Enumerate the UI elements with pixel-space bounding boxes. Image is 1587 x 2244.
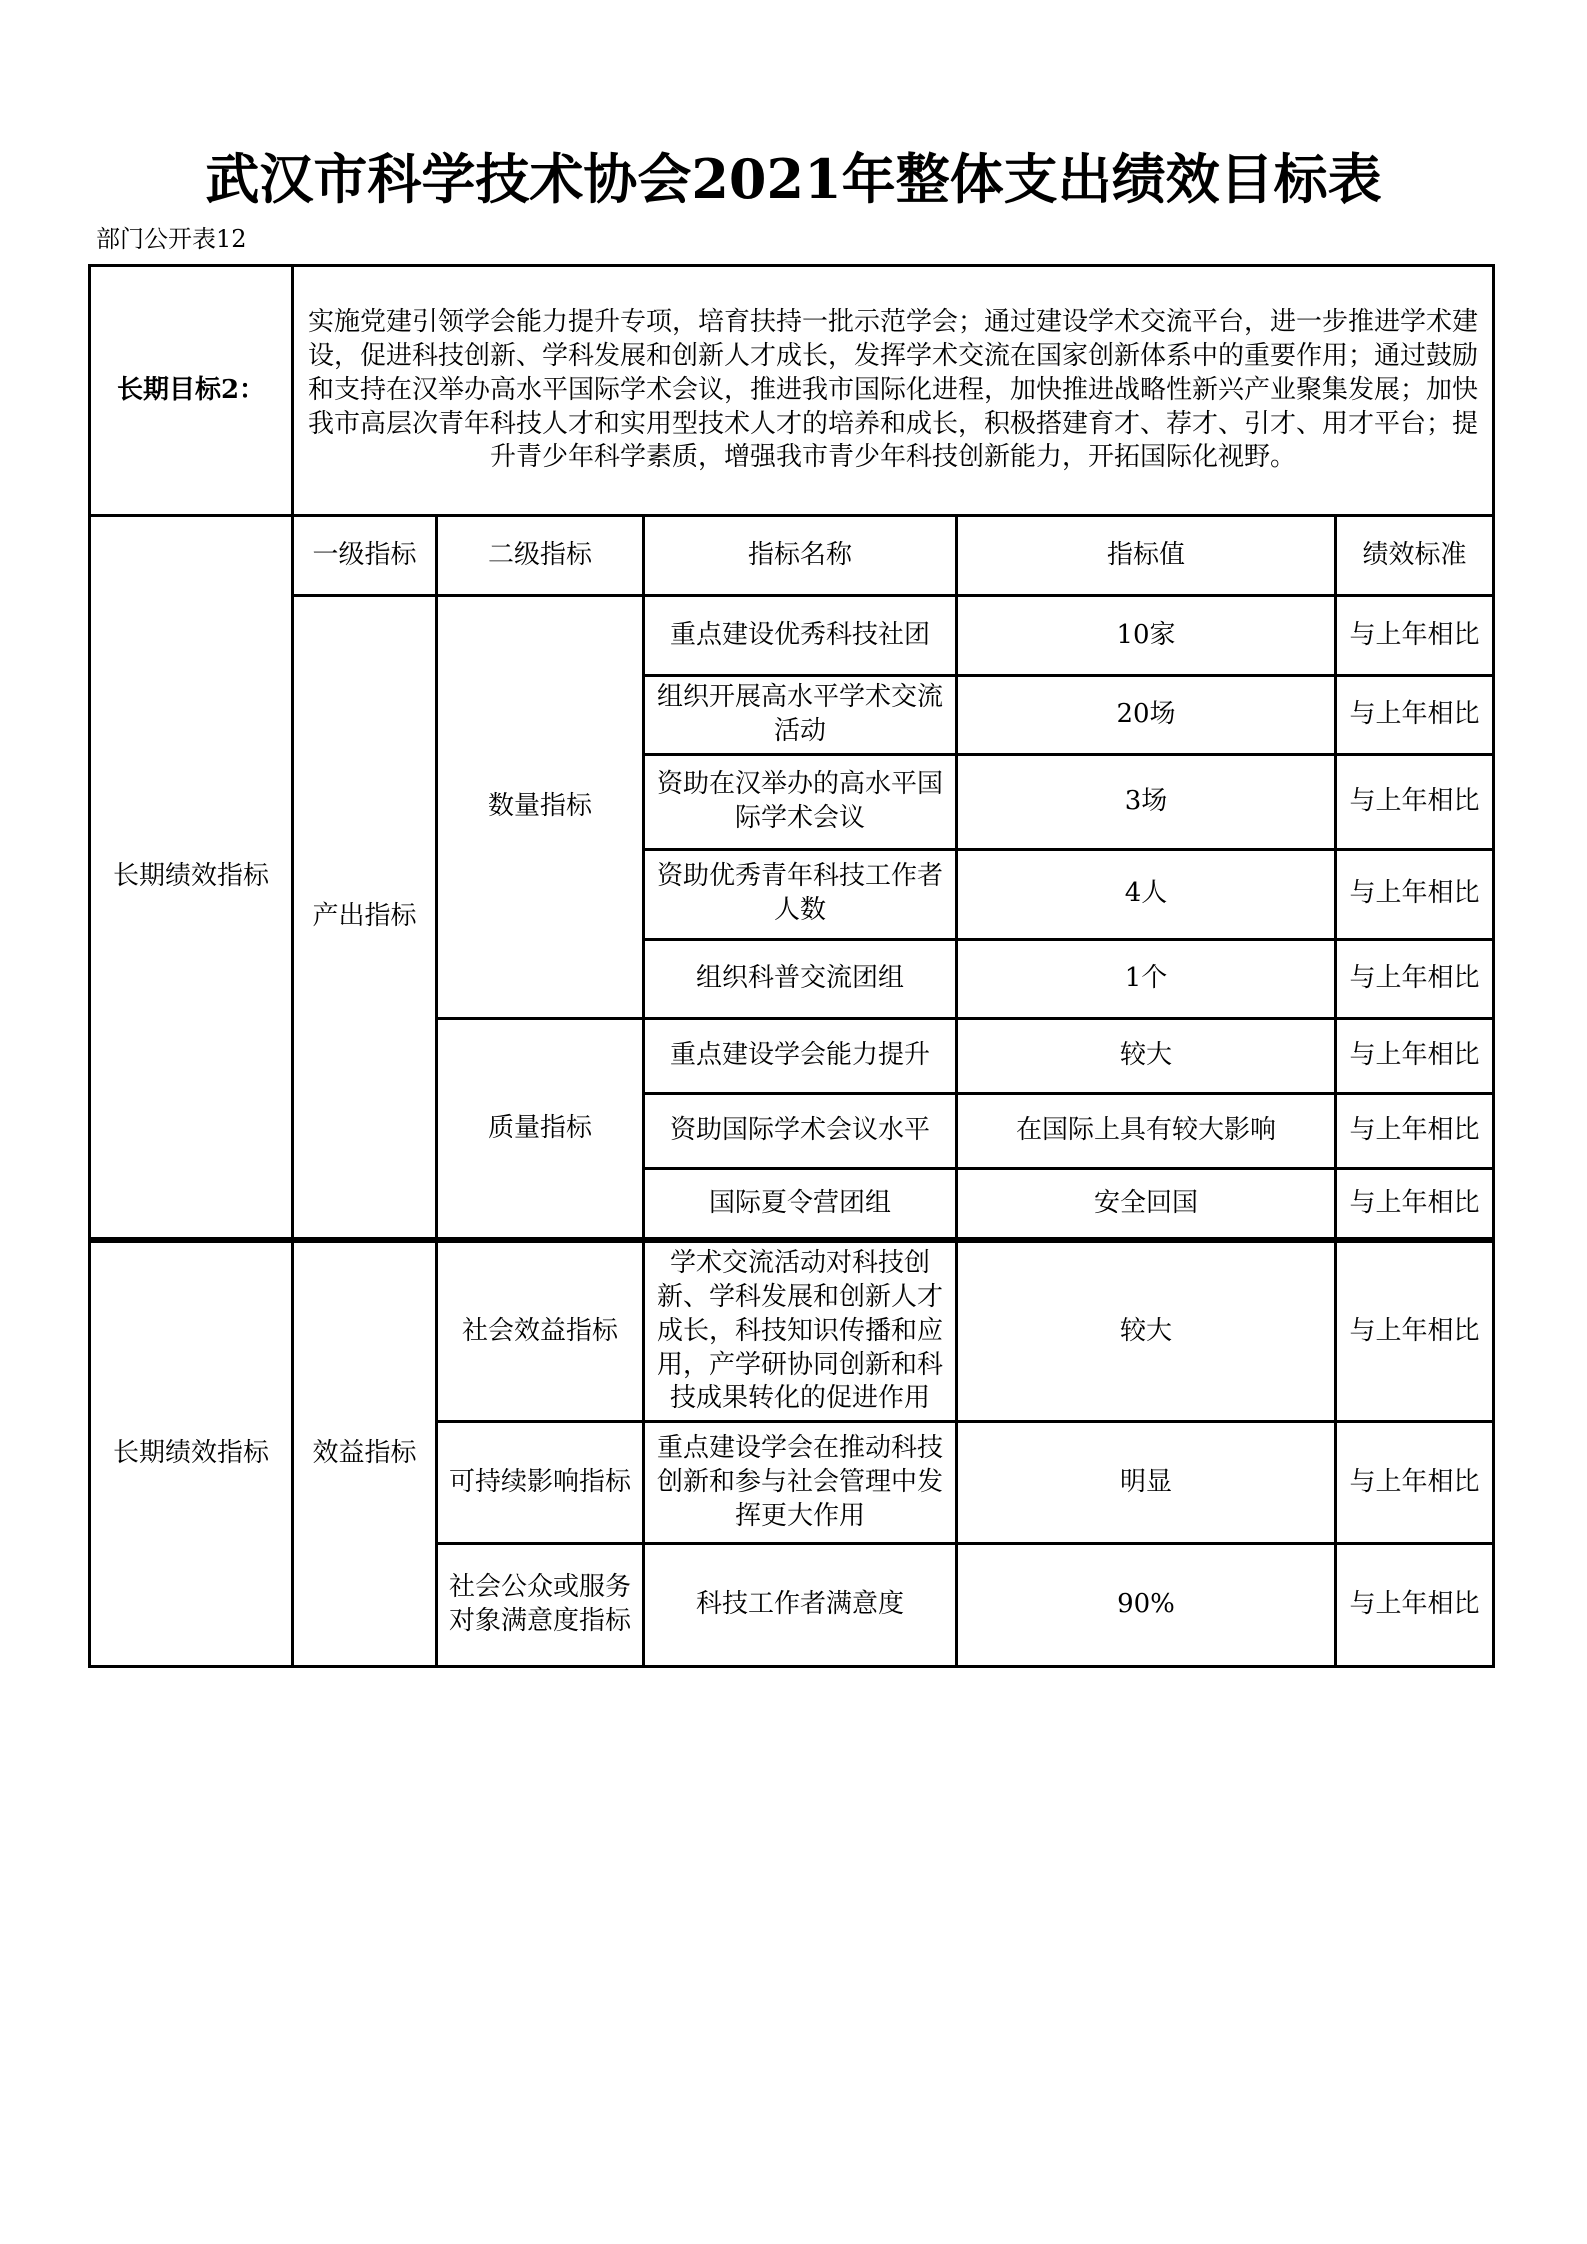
performance-standard: 与上年相比 [1336,1093,1494,1168]
indicator-name: 重点建设优秀科技社团 [644,596,957,676]
table-header-row: 长期绩效指标 一级指标 二级指标 指标名称 指标值 绩效标准 [90,516,1494,596]
performance-standard: 与上年相比 [1336,1018,1494,1093]
level2-quantity-label: 数量指标 [437,596,644,1019]
indicator-value: 较大 [957,1240,1336,1421]
performance-standard: 与上年相比 [1336,849,1494,939]
performance-target-table: 长期目标2： 实施党建引领学会能力提升专项，培育扶持一批示范学会；通过建设学术交… [88,264,1495,1668]
header-level1: 一级指标 [293,516,437,596]
indicator-name: 国际夏令营团组 [644,1168,957,1240]
header-name: 指标名称 [644,516,957,596]
performance-standard: 与上年相比 [1336,596,1494,676]
indicator-name: 组织科普交流团组 [644,939,957,1018]
header-standard: 绩效标准 [1336,516,1494,596]
indicator-name: 重点建设学会能力提升 [644,1018,957,1093]
performance-standard: 与上年相比 [1336,676,1494,755]
level2-satisfaction-label: 社会公众或服务对象满意度指标 [437,1544,644,1667]
page-title: 武汉市科学技术协会2021年整体支出绩效目标表 [0,0,1587,209]
indicator-value: 4人 [957,849,1336,939]
row-group-label-2: 长期绩效指标 [90,1240,293,1666]
document-page: 武汉市科学技术协会2021年整体支出绩效目标表 部门公开表12 长期目标2： 实… [0,0,1587,2244]
performance-standard: 与上年相比 [1336,1168,1494,1240]
indicator-value: 3场 [957,754,1336,849]
level2-social-benefit-label: 社会效益指标 [437,1240,644,1421]
header-level2: 二级指标 [437,516,644,596]
long-term-goal-label: 长期目标2： [90,266,293,516]
performance-standard: 与上年相比 [1336,939,1494,1018]
level2-quality-label: 质量指标 [437,1018,644,1240]
performance-standard: 与上年相比 [1336,1422,1494,1544]
table-row: 产出指标 数量指标 重点建设优秀科技社团 10家 与上年相比 [90,596,1494,676]
indicator-value: 90% [957,1544,1336,1667]
performance-standard: 与上年相比 [1336,1240,1494,1421]
indicator-value: 较大 [957,1018,1336,1093]
level1-output-label: 产出指标 [293,596,437,1241]
long-term-goal-row: 长期目标2： 实施党建引领学会能力提升专项，培育扶持一批示范学会；通过建设学术交… [90,266,1494,516]
performance-standard: 与上年相比 [1336,754,1494,849]
level2-sustainability-label: 可持续影响指标 [437,1422,644,1544]
indicator-value: 10家 [957,596,1336,676]
level1-benefit-label: 效益指标 [293,1240,437,1666]
indicator-value: 1个 [957,939,1336,1018]
row-group-label-1: 长期绩效指标 [90,516,293,1241]
indicator-value: 安全回国 [957,1168,1336,1240]
indicator-value: 20场 [957,676,1336,755]
indicator-name: 组织开展高水平学术交流活动 [644,676,957,755]
indicator-name: 学术交流活动对科技创新、学科发展和创新人才成长，科技知识传播和应用，产学研协同创… [644,1240,957,1421]
long-term-goal-text: 实施党建引领学会能力提升专项，培育扶持一批示范学会；通过建设学术交流平台，进一步… [293,266,1494,516]
indicator-name: 资助优秀青年科技工作者人数 [644,849,957,939]
table-row: 长期绩效指标 效益指标 社会效益指标 学术交流活动对科技创新、学科发展和创新人才… [90,1240,1494,1421]
indicator-value: 明显 [957,1422,1336,1544]
indicator-name: 资助在汉举办的高水平国际学术会议 [644,754,957,849]
department-table-label: 部门公开表12 [96,225,1587,254]
performance-standard: 与上年相比 [1336,1544,1494,1667]
header-value: 指标值 [957,516,1336,596]
indicator-value: 在国际上具有较大影响 [957,1093,1336,1168]
indicator-name: 资助国际学术会议水平 [644,1093,957,1168]
indicator-name: 科技工作者满意度 [644,1544,957,1667]
indicator-name: 重点建设学会在推动科技创新和参与社会管理中发挥更大作用 [644,1422,957,1544]
